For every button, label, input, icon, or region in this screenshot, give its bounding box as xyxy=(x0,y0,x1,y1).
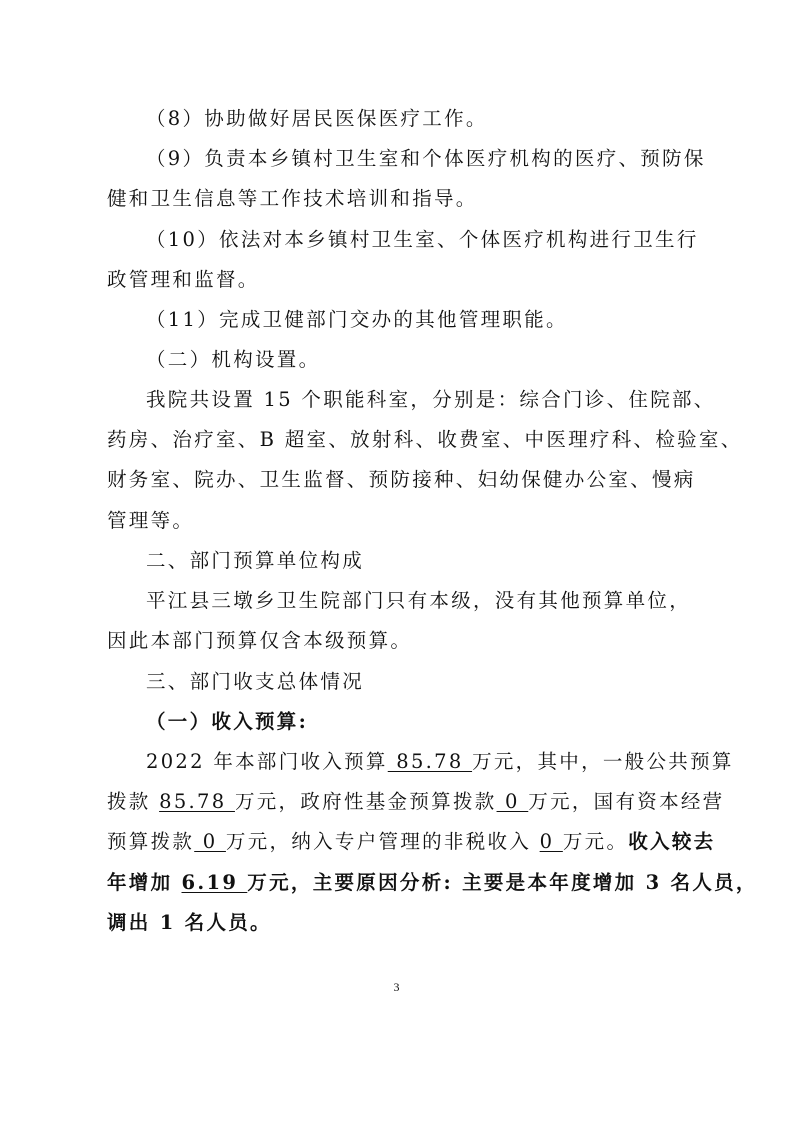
duty-item-9-line1: （9）负责本乡镇村卫生室和个体医疗机构的医疗、预防保 xyxy=(146,145,726,173)
duty-item-9-line2: 健和卫生信息等工作技术培训和指导。 xyxy=(107,185,687,213)
income-heading: （一）收入预算: xyxy=(146,708,726,736)
general-budget-value: 85.78 xyxy=(159,790,235,813)
income-line4: 年增加 6.19 万元，主要原因分析: 主要是本年度增加 3 名人员， xyxy=(107,869,687,897)
org-paragraph-line4: 管理等。 xyxy=(107,507,687,535)
income-text: 万元。 xyxy=(563,830,628,853)
income-text: 万元，其中，一般公共预算 xyxy=(472,750,734,773)
income-change-text: 年增加 xyxy=(107,871,182,894)
section3-heading: 三、部门收支总体情况 xyxy=(146,668,726,696)
gov-fund-value: 0 xyxy=(497,790,529,813)
duty-item-8: （8）协助做好居民医保医疗工作。 xyxy=(146,105,726,133)
income-text: 2022 年本部门收入预算 xyxy=(146,750,388,773)
org-paragraph-line3: 财务室、院办、卫生监督、预防接种、妇幼保健办公室、慢病 xyxy=(107,466,687,494)
duty-item-10-line2: 政管理和监督。 xyxy=(107,266,687,294)
income-increase-value: 6.19 xyxy=(182,871,248,894)
income-text: 预算拨款 xyxy=(107,830,194,853)
org-paragraph-line2: 药房、治疗室、B 超室、放射科、收费室、中医理疗科、检验室、 xyxy=(107,426,687,454)
income-line2: 拨款 85.78 万元，政府性基金预算拨款 0 万元，国有资本经营 xyxy=(107,788,687,816)
income-line3: 预算拨款 0 万元，纳入专户管理的非税收入 0 万元。收入较去 xyxy=(107,828,687,856)
duty-item-11: （11）完成卫健部门交办的其他管理职能。 xyxy=(146,306,726,334)
income-text: 拨款 xyxy=(107,790,159,813)
document-page: （8）协助做好居民医保医疗工作。 （9）负责本乡镇村卫生室和个体医疗机构的医疗、… xyxy=(0,0,793,1122)
org-paragraph-line1: 我院共设置 15 个职能科室，分别是：综合门诊、住院部、 xyxy=(146,386,726,414)
section2-line1: 平江县三墩乡卫生院部门只有本级，没有其他预算单位， xyxy=(146,587,726,615)
income-text: 万元，政府性基金预算拨款 xyxy=(235,790,497,813)
income-change-text: 万元，主要原因分析: 主要是本年度增加 3 名人员， xyxy=(247,871,757,894)
section2-line2: 因此本部门预算仅含本级预算。 xyxy=(107,627,687,655)
income-change-text: 收入较去 xyxy=(628,830,715,853)
page-number: 3 xyxy=(0,980,793,995)
income-text: 万元，国有资本经营 xyxy=(528,790,724,813)
section2-heading: 二、部门预算单位构成 xyxy=(146,547,726,575)
duty-item-10-line1: （10）依法对本乡镇村卫生室、个体医疗机构进行卫生行 xyxy=(146,226,726,254)
income-total-value: 85.78 xyxy=(388,750,472,773)
income-line1: 2022 年本部门收入预算 85.78 万元，其中，一般公共预算 xyxy=(146,748,726,776)
org-heading: （二）机构设置。 xyxy=(146,346,726,374)
income-line5: 调出 1 名人员。 xyxy=(107,909,687,937)
income-text: 万元，纳入专户管理的非税收入 xyxy=(226,830,540,853)
nontax-value: 0 xyxy=(540,830,563,853)
state-capital-value: 0 xyxy=(194,830,226,853)
